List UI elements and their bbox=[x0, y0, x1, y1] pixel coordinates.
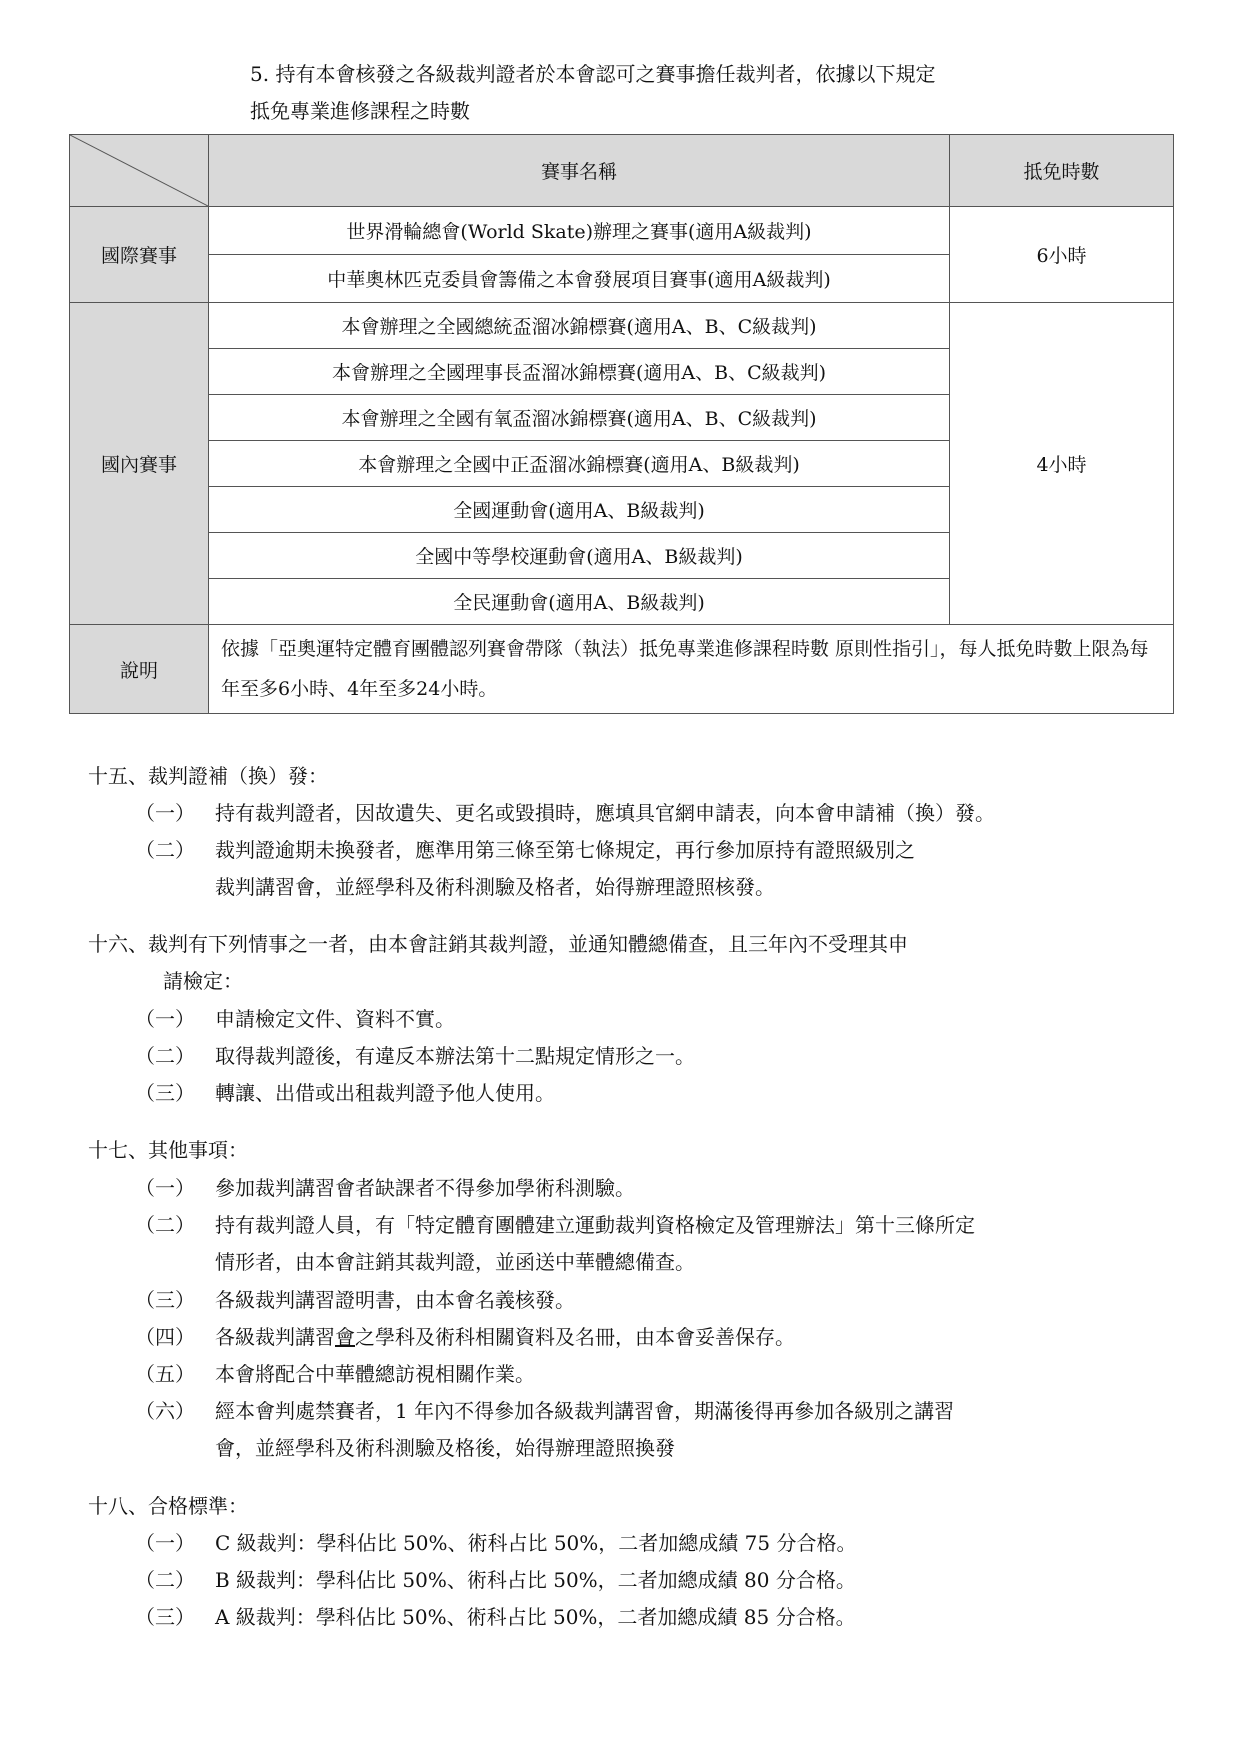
s17-item-3-num: （三） bbox=[135, 1284, 195, 1313]
note-row: 說明 依據「亞奧運特定體育團體認列賽會帶隊（執法）抵免專業進修課程時數 原則性指… bbox=[70, 625, 1174, 714]
note-text: 依據「亞奧運特定體育團體認列賽會帶隊（執法）抵免專業進修課程時數 原則性指引」，… bbox=[209, 625, 1174, 714]
s15-item-1-text: 持有裁判證者，因故遺失、更名或毀損時，應填具官網申請表，向本會申請補（換）發。 bbox=[215, 797, 995, 826]
event-cell: 全國運動會(適用A、B級裁判) bbox=[209, 487, 950, 533]
category-domestic: 國內賽事 bbox=[70, 303, 209, 625]
event-cell: 本會辦理之全國有氧盃溜冰錦標賽(適用A、B、C級裁判) bbox=[209, 395, 950, 441]
section-17-title: 十七、其他事項： bbox=[88, 1134, 248, 1163]
event-cell: 全國中等學校運動會(適用A、B級裁判) bbox=[209, 533, 950, 579]
s17-item-4-text: 各級裁判講習會之學科及術科相關資料及名冊，由本會妥善保存。 bbox=[215, 1321, 795, 1350]
diagonal-header-cell bbox=[70, 135, 209, 207]
s17-item-2-num: （二） bbox=[135, 1209, 195, 1238]
s18-item-2-text: B 級裁判：學科佔比 50%、術科占比 50%，二者加總成績 80 分合格。 bbox=[215, 1564, 856, 1593]
event-cell: 中華奧林匹克委員會籌備之本會發展項目賽事(適用A級裁判) bbox=[209, 255, 950, 303]
hours-domestic: 4小時 bbox=[950, 303, 1174, 625]
s15-item-2-text: 裁判證逾期未換發者，應準用第三條至第七條規定，再行參加原持有證照級別之 bbox=[215, 834, 915, 863]
s16-item-1-text: 申請檢定文件、資料不實。 bbox=[215, 1003, 455, 1032]
s17-item-6-text: 經本會判處禁賽者，1 年內不得參加各級裁判講習會，期滿後得再參加各級別之講習 bbox=[215, 1395, 954, 1424]
exemption-table: 賽事名稱 抵免時數 國際賽事 世界滑輪總會(World Skate)辦理之賽事(… bbox=[69, 134, 1174, 714]
table-row: 國際賽事 世界滑輪總會(World Skate)辦理之賽事(適用A級裁判) 6小… bbox=[70, 207, 1174, 255]
s16-item-1-num: （一） bbox=[135, 1003, 195, 1032]
table-row: 國內賽事 本會辦理之全國總統盃溜冰錦標賽(適用A、B、C級裁判) 4小時 bbox=[70, 303, 1174, 349]
header-hours: 抵免時數 bbox=[950, 135, 1174, 207]
s16-item-2-text: 取得裁判證後，有違反本辦法第十二點規定情形之一。 bbox=[215, 1040, 695, 1069]
header-event-name: 賽事名稱 bbox=[209, 135, 950, 207]
section-15-title: 十五、裁判證補（換）發： bbox=[88, 760, 328, 789]
s18-item-3-text: A 級裁判：學科佔比 50%、術科占比 50%，二者加總成績 85 分合格。 bbox=[215, 1601, 856, 1630]
s18-item-1-text: C 級裁判：學科佔比 50%、術科占比 50%，二者加總成績 75 分合格。 bbox=[215, 1527, 856, 1556]
s18-item-2-num: （二） bbox=[135, 1564, 195, 1593]
event-cell: 本會辦理之全國理事長盃溜冰錦標賽(適用A、B、C級裁判) bbox=[209, 349, 950, 395]
s17-item-4-text-b: 之學科及術科相關資料及名冊，由本會妥善保存。 bbox=[355, 1325, 795, 1349]
hours-international: 6小時 bbox=[950, 207, 1174, 303]
event-cell: 世界滑輪總會(World Skate)辦理之賽事(適用A級裁判) bbox=[209, 207, 950, 255]
event-cell: 本會辦理之全國中正盃溜冰錦標賽(適用A、B級裁判) bbox=[209, 441, 950, 487]
s17-item-1-num: （一） bbox=[135, 1172, 195, 1201]
section-16-title-cont: 請檢定： bbox=[163, 965, 243, 994]
s17-item-5-num: （五） bbox=[135, 1358, 195, 1387]
s17-item-3-text: 各級裁判講習證明書，由本會名義核發。 bbox=[215, 1284, 575, 1313]
s16-item-3-num: （三） bbox=[135, 1077, 195, 1106]
s17-item-1-text: 參加裁判講習會者缺課者不得參加學術科測驗。 bbox=[215, 1172, 635, 1201]
s17-item-6-cont: 會，並經學科及術科測驗及格後，始得辦理證照換發 bbox=[215, 1432, 675, 1461]
note-label: 說明 bbox=[70, 625, 209, 714]
event-cell: 全民運動會(適用A、B級裁判) bbox=[209, 579, 950, 625]
s15-item-1-num: （一） bbox=[135, 797, 195, 826]
s16-item-3-text: 轉讓、出借或出租裁判證予他人使用。 bbox=[215, 1077, 555, 1106]
table-header-row: 賽事名稱 抵免時數 bbox=[70, 135, 1174, 207]
s17-item-4-text-underlined: 會 bbox=[335, 1325, 355, 1349]
s18-item-1-num: （一） bbox=[135, 1527, 195, 1556]
event-cell: 本會辦理之全國總統盃溜冰錦標賽(適用A、B、C級裁判) bbox=[209, 303, 950, 349]
s17-item-4-num: （四） bbox=[135, 1321, 195, 1350]
s16-item-2-num: （二） bbox=[135, 1040, 195, 1069]
s17-item-2-cont: 情形者，由本會註銷其裁判證，並函送中華體總備查。 bbox=[215, 1246, 695, 1275]
intro-line-1: 5. 持有本會核發之各級裁判證者於本會認可之賽事擔任裁判者，依據以下規定 bbox=[250, 58, 935, 87]
s17-item-4-text-a: 各級裁判講習 bbox=[215, 1325, 335, 1349]
section-18-title: 十八、合格標準： bbox=[88, 1490, 248, 1519]
s15-item-2-num: （二） bbox=[135, 834, 195, 863]
s15-item-2-cont: 裁判講習會，並經學科及術科測驗及格者，始得辦理證照核發。 bbox=[215, 871, 775, 900]
s18-item-3-num: （三） bbox=[135, 1601, 195, 1630]
diagonal-line-icon bbox=[70, 135, 208, 206]
s17-item-5-text: 本會將配合中華體總訪視相關作業。 bbox=[215, 1358, 535, 1387]
intro-line-2: 抵免專業進修課程之時數 bbox=[250, 95, 470, 124]
category-international: 國際賽事 bbox=[70, 207, 209, 303]
s17-item-6-num: （六） bbox=[135, 1395, 195, 1424]
section-16-title: 十六、裁判有下列情事之一者，由本會註銷其裁判證，並通知體總備查，且三年內不受理其… bbox=[88, 928, 908, 957]
s17-item-2-text: 持有裁判證人員，有「特定體育團體建立運動裁判資格檢定及管理辦法」第十三條所定 bbox=[215, 1209, 975, 1238]
